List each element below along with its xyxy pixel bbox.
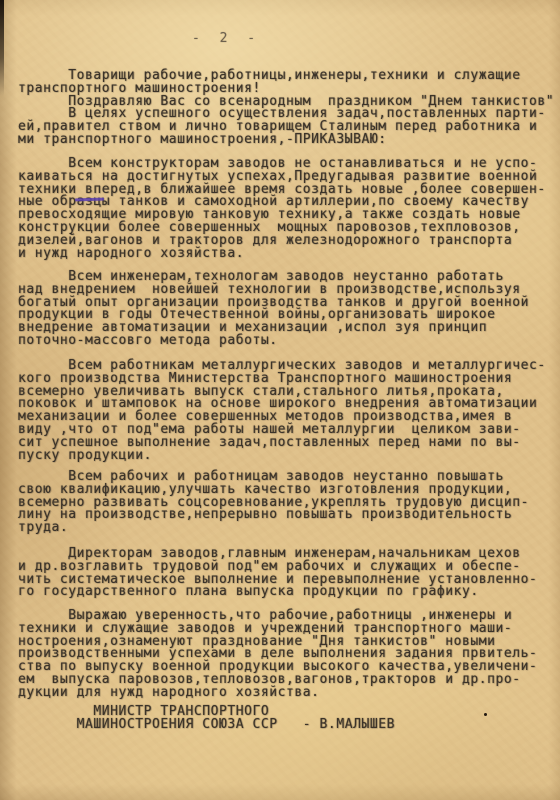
scan-edge-shadow — [0, 0, 4, 96]
paragraph-directors: Директорам заводов,главным инженерам,нач… — [18, 548, 560, 599]
paragraph-greeting: Товарищи рабочие,работницы,инженеры,техн… — [18, 70, 560, 147]
paragraph-metallurgy: Всем работникам металлургических заводов… — [18, 360, 560, 462]
paragraph-conclusion: Выражаю уверенность,что рабочие,работниц… — [18, 610, 560, 700]
text-line: го государственного плана выпуска продук… — [18, 586, 560, 599]
page-number: - 2 - — [192, 31, 261, 46]
text-line: лину на производстве,непрерывно повышать… — [18, 509, 560, 522]
signature-block: МИНИСТР ТРАНСПОРТНОГО МАШИНОСТРОЕНИЯ СОЮ… — [18, 706, 560, 732]
text-line: и нужд народного хозяйства. — [18, 248, 560, 261]
text-line: дукции для нужд народного хозяйства. — [18, 687, 560, 700]
text-line: труда. — [18, 522, 560, 535]
paragraph-engineers: Всем инженерам,технологам заводов неуста… — [18, 271, 560, 348]
paragraph-workers: Всем рабочих и работницам заводов неуста… — [18, 471, 560, 535]
ink-speck — [484, 713, 487, 716]
text-line: пуску продукции. — [18, 450, 560, 463]
paragraph-constructors: Всем конструкторам заводов не останавлив… — [18, 158, 560, 260]
text-line: МАШИНОСТРОЕНИЯ СОЮЗА ССР - В.МАЛЫШЕВ — [18, 719, 560, 732]
text-line: ми транспортного машиностроения,-ПРИКАЗЫ… — [18, 134, 560, 147]
text-line: поточно-массовго метода работы. — [18, 335, 560, 348]
document-page: - 2 - Товарищи рабочие,работницы,инженер… — [0, 0, 560, 800]
